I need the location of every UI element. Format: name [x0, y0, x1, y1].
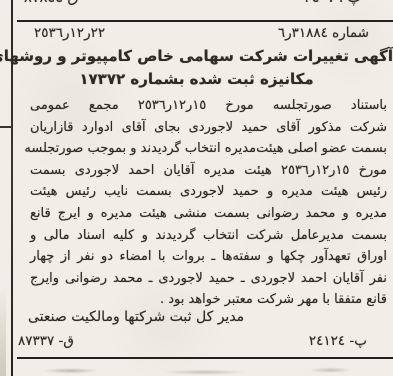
- issue-number: شماره ٣١٨٨٤ر٦: [278, 25, 369, 41]
- bottom-rule: [17, 357, 393, 359]
- body-line: رئیس هیئت مدیره و حمید لاجوردی بسمت نایب…: [30, 181, 387, 203]
- scan-smudges: [0, 363, 393, 376]
- body-line: باستناد صورتجلسه مورخ ١٥ر١٢ر٢٥٣٦ مجمع عم…: [30, 95, 387, 117]
- body-line: نفر آقایان احمد لاجوردی ـ حمید لاجوردی ـ…: [30, 268, 387, 290]
- body-line: اوراق تعهدآور چکها و سفته‌ها ـ بروات با …: [30, 246, 387, 268]
- footer-code-right: پ- ٢٤١٢٤: [309, 333, 367, 349]
- footer-codes-row: پ- ٢٤١٢٤ ق- ٨٧٣٣٧: [0, 333, 393, 349]
- body-line: مدیره و محمد رضوانی بسمت منشی هیئت مدیره…: [30, 203, 387, 225]
- left-edge-smear: [0, 286, 6, 376]
- issue-date: ٢٢ر١٢ر٢٥٣٦: [34, 25, 105, 41]
- issue-meta-row: شماره ٣١٨٨٤ر٦ ٢٢ر١٢ر٢٥٣٦: [0, 25, 393, 41]
- notice-title-line2: مکانیزه ثبت شده بشماره ١٧٣٧٢: [0, 68, 393, 91]
- clipped-header-row: پ ٢٤٠٧٩ ق ٨٧٨٤٤: [0, 0, 393, 6]
- body-line: شرکت مذکور آقای حمید لاجوردی بجای آقای ا…: [30, 117, 387, 139]
- top-rule: [17, 20, 393, 22]
- footer-code-left: ق- ٨٧٣٣٧: [18, 333, 74, 349]
- clipped-code-right: پ ٢٤٠٧٩: [304, 0, 361, 6]
- body-line: مورخ ١٥ر١٢ر٢٥٣٦ هیئت مدیره آقایان احمد ل…: [30, 160, 387, 182]
- gazette-notice-page: پ ٢٤٠٧٩ ق ٨٧٨٤٤ شماره ٣١٨٨٤ر٦ ٢٢ر١٢ر٢٥٣٦…: [0, 0, 393, 376]
- notice-title: آگهی تغییرات شرکت سهامی خاص کامپیوتر و ر…: [0, 45, 393, 91]
- body-line: بسمت عضو اصلی هیئت‌مدیره انتخاب گردیدند …: [30, 138, 387, 160]
- notice-body: باستناد صورتجلسه مورخ ١٥ر١٢ر٢٥٣٦ مجمع عم…: [0, 95, 393, 311]
- signature-line: مدیر کل ثبت شرکتها ومالکیت صنعتی: [0, 309, 393, 325]
- notice-title-line1: آگهی تغییرات شرکت سهامی خاص کامپیوتر و ر…: [0, 45, 393, 68]
- body-line: قانع متفقا با مهر شرکت معتبر خواهد بود .: [30, 289, 387, 311]
- issue-number-label: شماره: [332, 25, 369, 41]
- issue-number-value: ٣١٨٨٤ر٦: [278, 25, 328, 41]
- clipped-code-left: ق ٨٧٨٤٤: [24, 0, 79, 6]
- body-line: بسمت مدیرعامل شرکت انتخاب گردیدند و کلیه…: [30, 225, 387, 247]
